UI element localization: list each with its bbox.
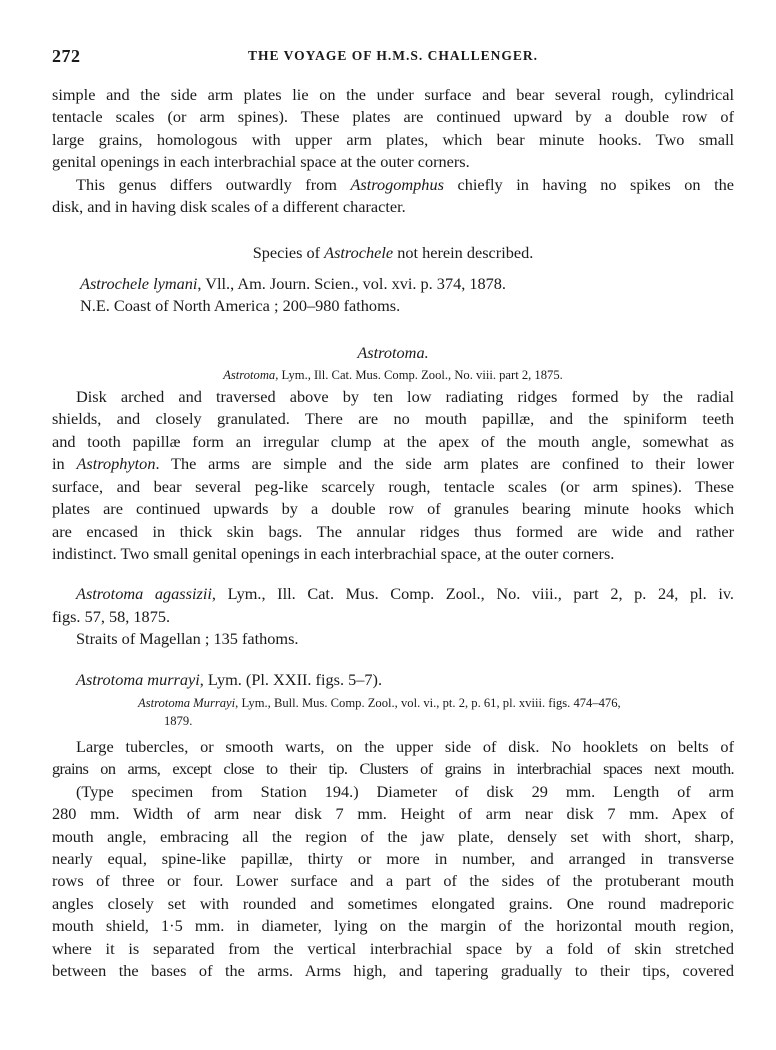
species-locality: N.E. Coast of North America ; 200–980 fa… bbox=[80, 295, 734, 317]
citation-line: Astrotoma Murrayi, Lym., Bull. Mus. Comp… bbox=[138, 694, 734, 712]
text-line: Disk arched and traversed above by ten l… bbox=[52, 386, 734, 408]
genus-name: Astrotoma bbox=[223, 368, 275, 382]
species-not-described-heading: Species of Astrochele not herein describ… bbox=[52, 242, 734, 264]
citation-text: , Lym., Ill. Cat. Mus. Comp. Zool., No. … bbox=[275, 368, 563, 382]
citation-continuation: 1879. bbox=[138, 712, 734, 730]
text-line: (Type specimen from Station 194.) Diamet… bbox=[52, 781, 734, 803]
citation-continuation: figs. 57, 58, 1875. bbox=[52, 606, 734, 628]
text-line: plates are continued upwards by a double… bbox=[52, 498, 734, 520]
species-citation: Astrochele lymani, Vll., Am. Journ. Scie… bbox=[80, 273, 734, 295]
page-header: 272 THE VOYAGE OF H.M.S. CHALLENGER. bbox=[52, 46, 734, 70]
species-name: Astrotoma murrayi bbox=[76, 670, 200, 689]
text-line: nearly equal, spine-like papillæ, thirty… bbox=[52, 848, 734, 870]
species-heading: Astrotoma murrayi, Lym. (Pl. XXII. figs.… bbox=[52, 669, 734, 691]
text-line: rows of three or four. Lower surface and… bbox=[52, 870, 734, 892]
text-span: . bbox=[155, 454, 171, 473]
text-span: chiefly in having no spikes on the bbox=[444, 175, 734, 194]
text-line: in Astrophyton. The arms are simple and … bbox=[52, 453, 734, 475]
page-body: simple and the side arm plates lie on th… bbox=[52, 84, 734, 982]
genus-name: Astrochele bbox=[324, 243, 393, 262]
text-line: mouth angle, embracing all the region of… bbox=[52, 826, 734, 848]
text-line: and tooth papillæ form an irregular clum… bbox=[52, 431, 734, 453]
genus-title: Astrotoma. bbox=[52, 342, 734, 364]
species-name: Astrotoma agassizii bbox=[76, 584, 212, 603]
text-line: simple and the side arm plates lie on th… bbox=[52, 84, 734, 106]
species-reference: Astrotoma Murrayi, Lym., Bull. Mus. Comp… bbox=[52, 694, 734, 730]
genus-description: Disk arched and traversed above by ten l… bbox=[52, 386, 734, 565]
text-span: not herein described. bbox=[393, 243, 533, 262]
text-line: tentacle scales (or arm spines). These p… bbox=[52, 106, 734, 128]
text-line: This genus differs outwardly from Astrog… bbox=[52, 174, 734, 196]
citation-text: , Vll., Am. Journ. Scien., vol. xvi. p. … bbox=[197, 274, 506, 293]
species-entry-astrochele-lymani: Astrochele lymani, Vll., Am. Journ. Scie… bbox=[52, 273, 734, 318]
text-span: The arms are simple and the side arm pla… bbox=[171, 454, 734, 473]
text-line: are encased in thick skin bags. The annu… bbox=[52, 521, 734, 543]
species-entry-astrotoma-agassizii: Astrotoma agassizii, Lym., Ill. Cat. Mus… bbox=[52, 583, 734, 650]
text-line: shields, and closely granulated. There a… bbox=[52, 408, 734, 430]
citation-text: , Lym., Ill. Cat. Mus. Comp. Zool., No. … bbox=[212, 584, 734, 603]
continuation-paragraph: simple and the side arm plates lie on th… bbox=[52, 84, 734, 174]
text-span: , Lym. (Pl. XXII. figs. 5–7). bbox=[200, 670, 382, 689]
species-entry-astrotoma-murrayi: Astrotoma murrayi, Lym. (Pl. XXII. figs.… bbox=[52, 669, 734, 983]
species-name: Astrotoma Murrayi bbox=[138, 696, 235, 710]
species-name: Astrochele lymani bbox=[80, 274, 197, 293]
running-title: THE VOYAGE OF H.M.S. CHALLENGER. bbox=[52, 48, 734, 64]
text-line: 280 mm. Width of arm near disk 7 mm. Hei… bbox=[52, 803, 734, 825]
text-line: angles closely set with rounded and some… bbox=[52, 893, 734, 915]
text-line: Large tubercles, or smooth warts, on the… bbox=[52, 736, 734, 758]
text-line: between the bases of the arms. Arms high… bbox=[52, 960, 734, 982]
text-line: indistinct. Two small genital openings i… bbox=[52, 543, 734, 565]
genus-title-text: Astrotoma. bbox=[357, 343, 428, 362]
species-locality: Straits of Magellan ; 135 fathoms. bbox=[52, 628, 734, 650]
genus-reference: Astrotoma, Lym., Ill. Cat. Mus. Comp. Zo… bbox=[52, 366, 734, 384]
text-line: large grains, homologous with upper arm … bbox=[52, 129, 734, 151]
genus-name: Astrogomphus bbox=[350, 175, 443, 194]
species-citation: Astrotoma agassizii, Lym., Ill. Cat. Mus… bbox=[52, 583, 734, 605]
text-span: in bbox=[52, 454, 76, 473]
citation-text: , Lym., Bull. Mus. Comp. Zool., vol. vi.… bbox=[235, 696, 621, 710]
species-description: Large tubercles, or smooth warts, on the… bbox=[52, 736, 734, 982]
comparison-paragraph: This genus differs outwardly from Astrog… bbox=[52, 174, 734, 219]
text-line: genital openings in each interbrachial s… bbox=[52, 151, 734, 173]
text-line: surface, and bear several peg-like scarc… bbox=[52, 476, 734, 498]
text-line: mouth shield, 1·5 mm. in diameter, lying… bbox=[52, 915, 734, 937]
text-line: grains on arms, except close to their ti… bbox=[52, 758, 734, 780]
text-line: where it is separated from the vertical … bbox=[52, 938, 734, 960]
genus-name: Astrophyton bbox=[76, 454, 155, 473]
text-span: This genus differs outwardly from bbox=[76, 175, 350, 194]
text-line: disk, and in having disk scales of a dif… bbox=[52, 196, 734, 218]
text-span: Species of bbox=[253, 243, 324, 262]
